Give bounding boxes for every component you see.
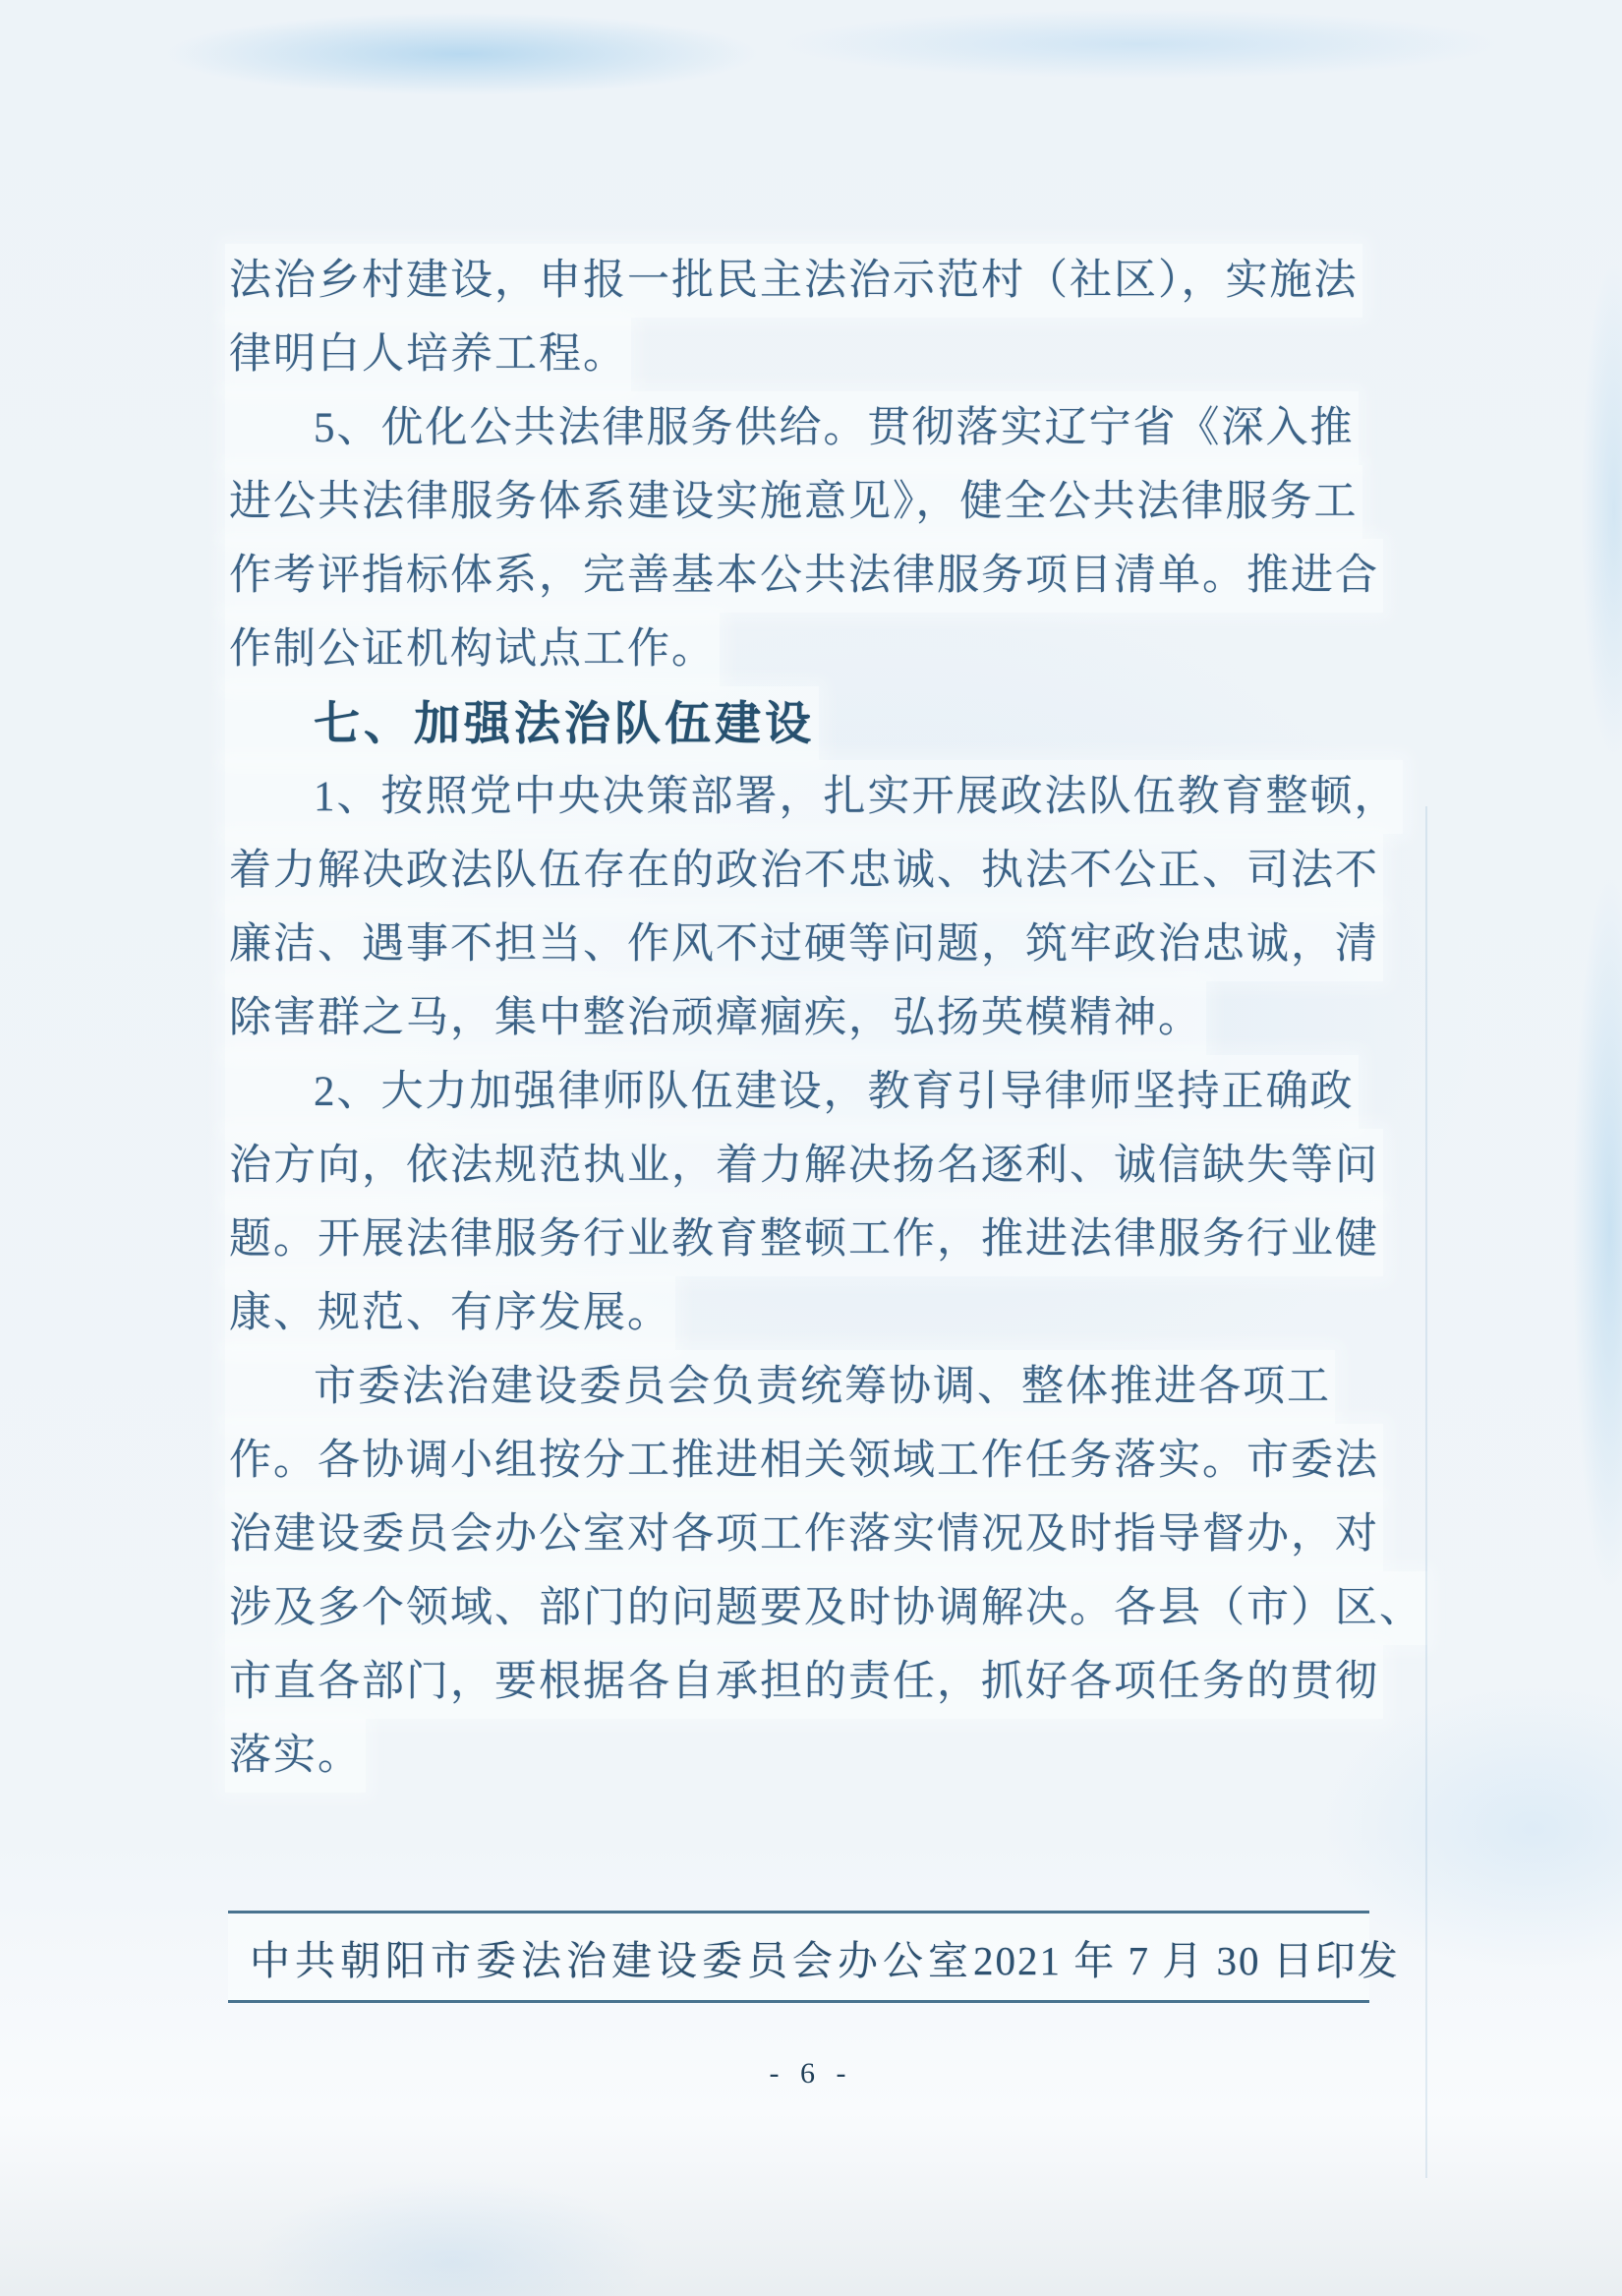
- footer: 中共朝阳市委法治建设委员会办公室 2021 年 7 月 30 日印发: [228, 1911, 1369, 2003]
- body-line: 着力解决政法队伍存在的政治不忠诚、执法不公正、司法不: [225, 834, 1383, 908]
- body-line: 作制公证机构试点工作。: [225, 613, 720, 686]
- body-line: 市直各部门，要根据各自承担的责任，抓好各项任务的贯彻: [225, 1645, 1383, 1719]
- body-line: 进公共法律服务体系建设实施意见》，健全公共法律服务工: [225, 465, 1362, 539]
- body-line: 康、规范、有序发展。: [225, 1276, 675, 1350]
- body-line: 治方向，依法规范执业，着力解决扬名逐利、诚信缺失等问: [225, 1129, 1383, 1203]
- section-heading: 七、加强法治队伍建设: [225, 686, 819, 760]
- body-line: 律明白人培养工程。: [225, 318, 631, 391]
- body-line: 2、大力加强律师队伍建设，教育引导律师坚持正确政: [225, 1055, 1359, 1129]
- footer-issuer: 中共朝阳市委法治建设委员会办公室: [250, 1928, 973, 1986]
- body-line: 市委法治建设委员会负责统筹协调、整体推进各项工: [225, 1350, 1335, 1424]
- document-body: 法治乡村建设，申报一批民主法治示范村（社区），实施法 律明白人培养工程。 5、优…: [225, 244, 1367, 1793]
- body-line: 题。开展法律服务行业教育整顿工作，推进法律服务行业健: [225, 1203, 1383, 1276]
- body-line: 治建设委员会办公室对各项工作落实情况及时指导督办，对: [225, 1498, 1383, 1571]
- body-line: 1、按照党中央决策部署，扎实开展政法队伍教育整顿，: [225, 760, 1403, 834]
- body-line: 涉及多个领域、部门的问题要及时协调解决。各县（市）区、: [225, 1571, 1427, 1645]
- scanned-document-page: 法治乡村建设，申报一批民主法治示范村（社区），实施法 律明白人培养工程。 5、优…: [0, 0, 1622, 2296]
- body-line: 落实。: [225, 1719, 366, 1793]
- page-number: - 6 -: [0, 2057, 1622, 2090]
- body-line: 法治乡村建设，申报一批民主法治示范村（社区），实施法: [225, 244, 1362, 318]
- footer-print-date: 2021 年 7 月 30 日印发: [973, 1928, 1400, 1986]
- body-line: 廉洁、遇事不担当、作风不过硬等问题，筑牢政治忠诚，清: [225, 908, 1383, 981]
- body-line: 作。各协调小组按分工推进相关领域工作任务落实。市委法: [225, 1424, 1383, 1498]
- body-line: 作考评指标体系，完善基本公共法律服务项目清单。推进合: [225, 539, 1383, 613]
- body-line: 除害群之马，集中整治顽瘴痼疾，弘扬英模精神。: [225, 981, 1206, 1055]
- body-line: 5、优化公共法律服务供给。贯彻落实辽宁省《深入推: [225, 391, 1359, 465]
